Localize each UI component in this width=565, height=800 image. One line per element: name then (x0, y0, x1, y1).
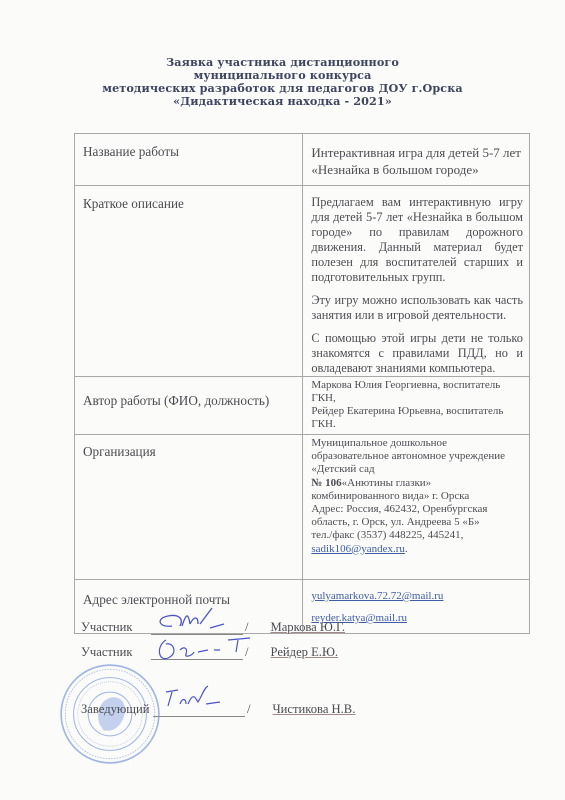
org-email-link[interactable]: sadik106@yandex.ru (311, 543, 405, 555)
punctuation: . (405, 543, 408, 555)
org-number-line: № 106«Анютины глазки» (311, 477, 525, 490)
org-phone-line: тел./факс (3537) 448225, 445241, (311, 529, 525, 542)
document-title: Заявка участника дистанционного муниципа… (0, 56, 565, 108)
signature-name: Рейдер Е.Ю. (271, 645, 339, 660)
table-row-author: Автор работы (ФИО, должность) Маркова Юл… (75, 377, 530, 435)
table-row-description: Краткое описание Предлагаем вам интеракт… (75, 186, 530, 377)
org-line: Муниципальное дошкольное (311, 437, 525, 450)
signature-name: Маркова Ю.Г. (271, 620, 345, 635)
handwritten-signature-icon (160, 684, 240, 718)
email-link-markova[interactable]: yulyamarkova.72.72@mail.ru (311, 590, 443, 602)
org-line: комбинированного вида» г. Орска (311, 490, 525, 503)
application-form-table: Название работы Интерактивная игра для д… (74, 133, 530, 634)
label-cell: Краткое описание (75, 186, 303, 377)
signature-name: Чистикова Н.В. (273, 702, 356, 717)
org-number: № 106 (311, 477, 341, 489)
work-title-line: Интерактивная игра для детей 5-7 лет (311, 144, 525, 161)
label-cell: Организация (75, 435, 303, 580)
label-cell: Название работы (75, 134, 303, 186)
author-line: ГКН, (311, 392, 525, 405)
separator: / (247, 702, 251, 717)
value-cell: Маркова Юлия Георгиевна, воспитатель ГКН… (303, 377, 530, 435)
signature-role: Участник (81, 620, 151, 635)
org-address-line: Адрес: Россия, 462432, Оренбургская (311, 503, 525, 516)
work-title-line: «Незнайка в большом городе» (311, 161, 525, 178)
author-line: Маркова Юлия Георгиевна, воспитатель (311, 379, 525, 392)
table-row-work-title: Название работы Интерактивная игра для д… (75, 134, 530, 186)
org-line: образовательное автономное учреждение (311, 450, 525, 463)
title-line: «Дидактическая находка - 2021» (0, 95, 565, 108)
org-address-line: область, г. Орск, ул. Андреева 5 «Б» (311, 516, 525, 529)
signature-role: Заведующий (81, 702, 153, 717)
label-cell: Автор работы (ФИО, должность) (75, 377, 303, 435)
author-line: ГКН. (311, 418, 525, 431)
handwritten-signature-icon (150, 604, 250, 640)
org-line: «Детский сад (311, 463, 525, 476)
value-cell: Предлагаем вам интерактивную игру для де… (303, 186, 530, 377)
value-cell: Муниципальное дошкольное образовательное… (303, 435, 530, 580)
signature-role: Участник (81, 645, 151, 660)
description-paragraph: С помощью этой игры дети не только знако… (311, 331, 523, 376)
value-cell: Интерактивная игра для детей 5-7 лет «Не… (303, 134, 530, 186)
table-row-organization: Организация Муниципальное дошкольное обр… (75, 435, 530, 580)
handwritten-signature-icon (152, 636, 252, 666)
description-paragraph: Эту игру можно использовать как часть за… (311, 293, 523, 323)
org-name: «Анютины глазки» (342, 477, 432, 489)
author-line: Рейдер Екатерина Юрьевна, воспитатель (311, 405, 525, 418)
description-paragraph: Предлагаем вам интерактивную игру для де… (311, 195, 523, 285)
